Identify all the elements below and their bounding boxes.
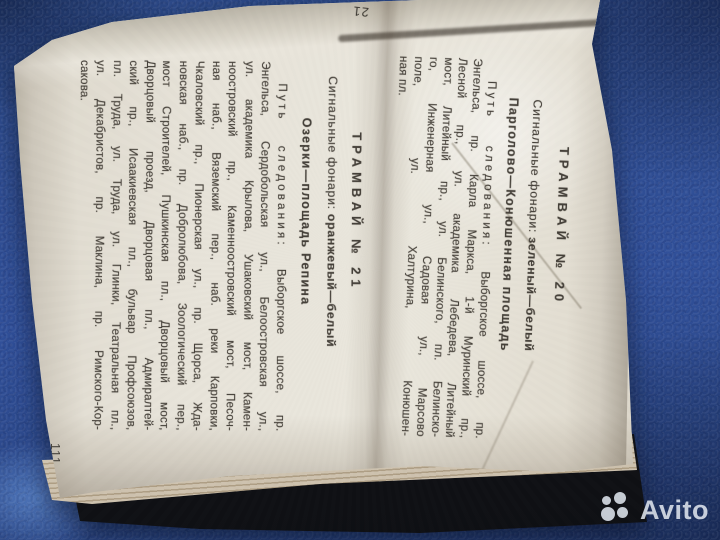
route-line: мост Строителей, Пушкинская пл., Дворцов… — [155, 61, 174, 431]
avito-watermark-text: Avito — [640, 495, 709, 526]
avito-watermark: Avito — [601, 492, 709, 528]
signal-value: зеленый—белый — [522, 237, 540, 352]
left-page-route-description: Путь следования: Выборгское шоссе, пр. Э… — [73, 60, 290, 431]
page-gap-shadow — [338, 19, 606, 42]
path-first-rest: Выборгское шоссе, пр. — [273, 269, 287, 432]
path-label: Путь следования: — [275, 83, 289, 248]
signal-label: Сигнальные фонари: — [325, 76, 340, 210]
route-line: пл. Труда, ул. Труда, ул. Глинки, Театра… — [106, 60, 125, 430]
book-pages: ТРАМВАЙ № 21 Сигнальные фонари: оранжевы… — [0, 0, 720, 540]
right-page-signal-line: Сигнальные фонари: зеленый—белый — [520, 60, 547, 390]
left-page-route-lines: Энгельса, Сердобольская ул., Белоостровс… — [73, 60, 274, 431]
route-line: новская наб., пр. Добролюбова, Зоологиче… — [172, 61, 191, 431]
open-book: ТРАМВАЙ № 21 Сигнальные фонари: оранжевы… — [0, 0, 720, 540]
right-page-text: ТРАМВАЙ № 20 Сигнальные фонари: зеленый—… — [363, 55, 578, 442]
route-line: ноостровский пр., Каменноостровский мост… — [221, 61, 240, 431]
route-line: Дворцовый проезд, Дворцовая пл., Адмирал… — [139, 60, 158, 430]
signal-value: оранжевый—белый — [324, 214, 339, 348]
left-page-title: ТРАМВАЙ № 21 — [348, 62, 368, 362]
left-page-signal-line: Сигнальные фонари: оранжевый—белый — [323, 62, 340, 362]
left-page-route-name: Озерки—площадь Репина — [297, 62, 315, 362]
route-line: Энгельса, Сердобольская ул., Белоостровс… — [254, 61, 273, 431]
signal-label: Сигнальные фонари: — [526, 99, 545, 233]
route-line: ский пр., Исаакиевская пл., бульвар Проф… — [122, 60, 141, 430]
book-photo: ТРАМВАЙ № 21 Сигнальные фонари: оранжевы… — [0, 0, 720, 540]
route-line: Чкаловский пр., Пионерская ул., пр. Щорс… — [188, 61, 207, 431]
right-page-route-description: Путь следования: Выборгское шоссе, пр. Э… — [382, 56, 499, 439]
left-page-text: ТРАМВАЙ № 21 Сигнальные фонари: оранжевы… — [63, 60, 368, 432]
right-page-title: ТРАМВАЙ № 20 — [548, 61, 578, 391]
right-page-route-lines: Энгельса, пр. Карла Маркса, 1-й Мурински… — [382, 56, 484, 439]
avito-dots-logo-icon — [601, 492, 637, 528]
page-corner-number: 21 — [342, 2, 369, 20]
route-line: ул. Декабристов, пр. Маклина, пр. Римско… — [89, 60, 108, 430]
route-line: ная наб., Вяземский пер., наб. реки Карп… — [205, 61, 224, 431]
route-line: ул. академика Крылова, Ушаковский мост, … — [238, 61, 257, 431]
right-page-route-name: Парголово—Конюшенная площадь — [496, 60, 524, 390]
path-first-line: Путь следования: Выборгское шоссе, пр. — [271, 61, 290, 431]
